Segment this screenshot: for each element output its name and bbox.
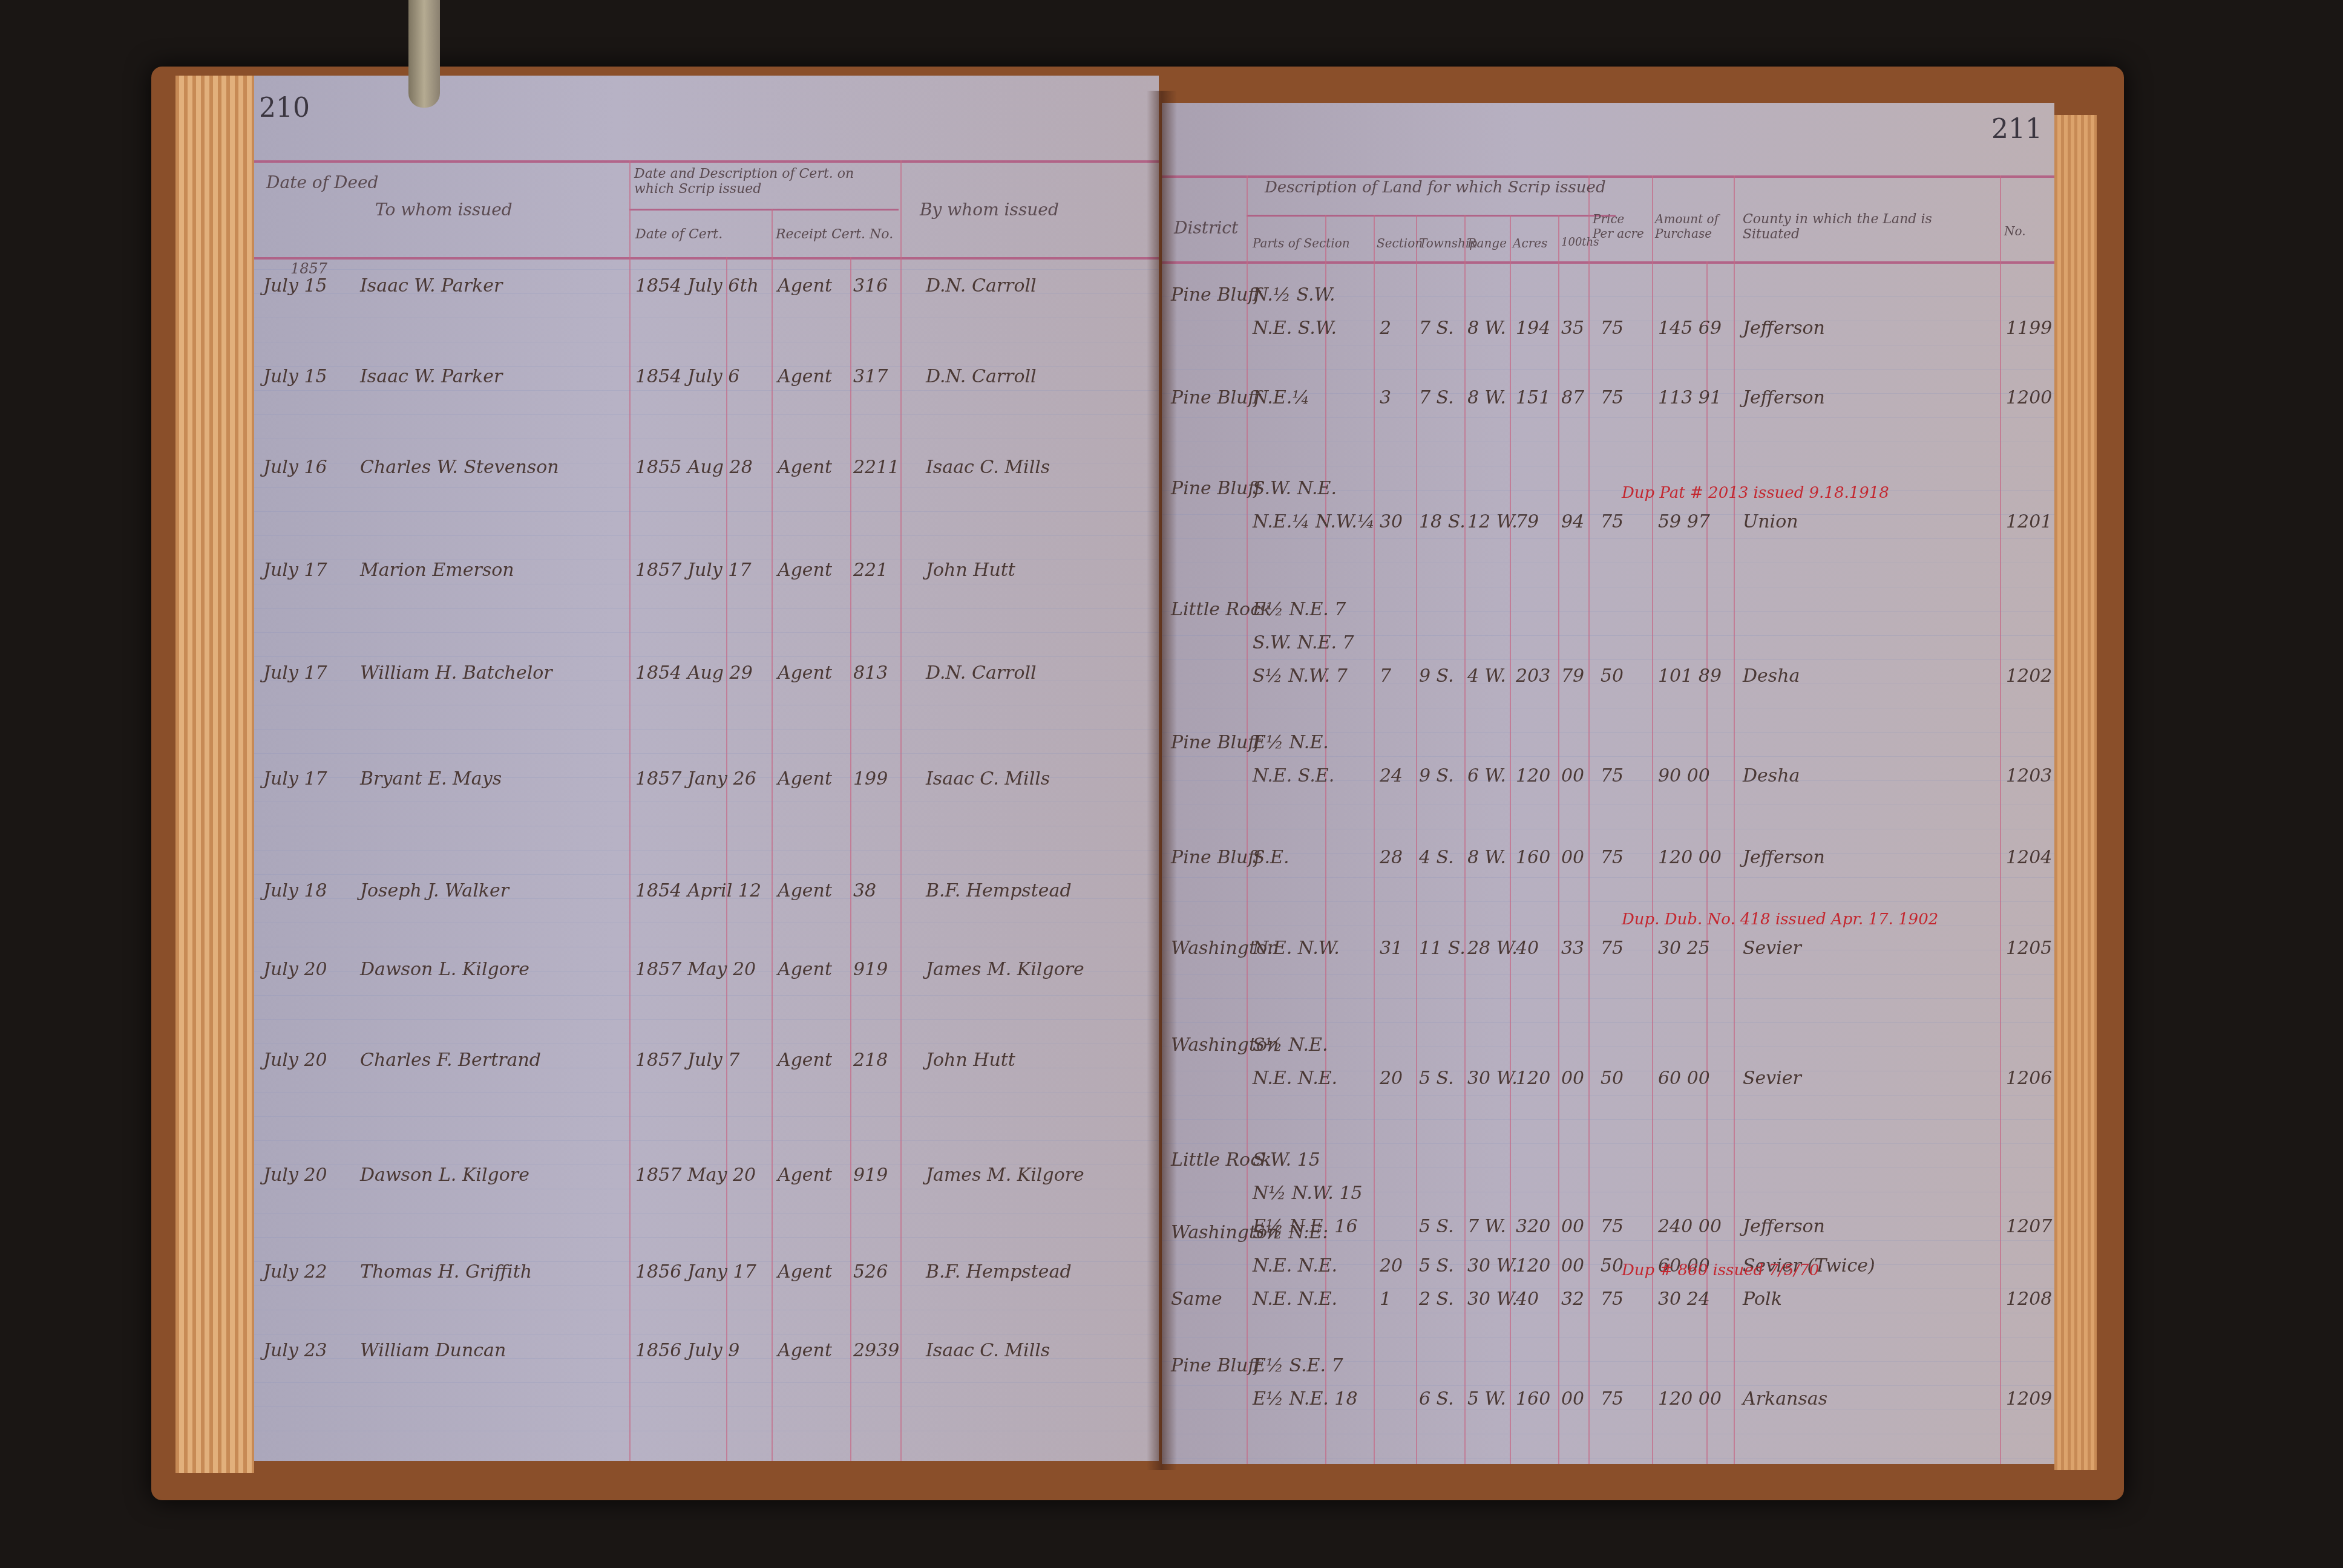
right-cell-county: Sevier [1743, 938, 1801, 959]
ruling-line [254, 1358, 1159, 1359]
ruling-line [1162, 1022, 2054, 1023]
right-cell-parts-1: N½ N.W. 15 [1253, 1183, 1363, 1204]
right-cell-section: 31 [1380, 938, 1403, 959]
right-cell-district: Pine Bluff [1171, 847, 1261, 868]
ruling-line [1162, 659, 2054, 660]
ruling-line [1162, 1289, 2054, 1289]
ruling-line [254, 535, 1159, 536]
page-number-right: 211 [1991, 114, 2042, 145]
right-cell-hundredths: 87 [1561, 387, 1584, 408]
ruling-line [1162, 780, 2054, 781]
ruling-line [254, 826, 1159, 826]
right-cell-hundredths: 00 [1561, 1255, 1584, 1276]
ruling-line [254, 705, 1159, 705]
right-cell-township: 7 S. [1419, 387, 1454, 408]
left-cell-cert-date: 1856 Jany 17 [635, 1261, 756, 1282]
ruling-line [254, 342, 1159, 342]
ruling-line [1162, 1192, 2054, 1192]
header-district: District [1174, 218, 1238, 238]
ruling-line [1162, 926, 2054, 926]
header-acres: Acres [1513, 236, 1547, 250]
ruling-line [254, 1285, 1159, 1286]
header-by-whom-issued: By whom issued [920, 200, 1059, 220]
right-cell-note: Dup Pat # 2013 issued 9.18.1918 [1622, 484, 1889, 502]
ruling-line [254, 608, 1159, 609]
ruling-line [254, 1261, 1159, 1262]
ruling-line [1162, 490, 2054, 491]
ruling-line [254, 1019, 1159, 1020]
right-cell-range: 7 W. [1467, 1216, 1506, 1237]
header-to-whom-issued: To whom issued [375, 200, 513, 220]
left-cell-date: July 16 [263, 457, 327, 478]
col-divider [772, 209, 773, 1461]
left-cell-date: July 20 [263, 1165, 327, 1186]
left-cell-date: July 15 [263, 366, 327, 387]
right-cell-parts-1: N.E. S.E. [1253, 765, 1334, 786]
header-amount-of-purchase: Amount of Purchase [1655, 212, 1731, 241]
header-parts-of-section: Parts of Section [1253, 236, 1350, 250]
right-cell-county: Desha [1743, 765, 1800, 786]
left-cell-name: Marion Emerson [360, 560, 514, 581]
ruling-line [254, 318, 1159, 318]
ruling-line [254, 753, 1159, 754]
right-cell-amount: 113 91 [1658, 387, 1722, 408]
right-cell-district: Pine Bluff [1171, 478, 1261, 499]
ruling-line [254, 1189, 1159, 1189]
header-range: Range [1467, 236, 1507, 250]
page-edges-left [175, 76, 254, 1473]
ruling-line [1162, 901, 2054, 902]
ruling-line [254, 293, 1159, 294]
right-cell-range: 8 W. [1467, 847, 1506, 868]
left-cell-cert-no: 919 [853, 1165, 888, 1186]
ruling-line [1162, 1337, 2054, 1338]
col-divider [1325, 215, 1326, 1464]
left-cell-cert-date: 1857 May 20 [635, 1165, 756, 1186]
left-cell-cert-no: 199 [853, 768, 888, 789]
header-top-rule [254, 160, 1159, 163]
right-cell-county: Arkansas [1743, 1388, 1827, 1410]
right-cell-township: 6 S. [1419, 1388, 1454, 1410]
right-cell-parts-0: S.W. N.E. [1253, 478, 1337, 499]
ruling-line [1162, 974, 2054, 975]
left-cell-by-whom: John Hutt [926, 560, 1015, 581]
ruling-line [1162, 756, 2054, 757]
book-gutter [1147, 91, 1177, 1470]
ruling-line [254, 1165, 1159, 1165]
ruling-line [1162, 805, 2054, 805]
right-cell-parts-0: S½ N.E. [1253, 1034, 1328, 1056]
ruling-line [1162, 998, 2054, 999]
left-cell-cert-type: Agent [778, 457, 832, 478]
header-bottom-rule [254, 257, 1159, 260]
left-cell-cert-date: 1854 July 6 [635, 366, 739, 387]
left-cell-cert-no: 2211 [853, 457, 899, 478]
ruling-line [254, 656, 1159, 657]
left-cell-cert-no: 317 [853, 366, 888, 387]
header-top-rule [1162, 175, 2054, 178]
ruling-line [1162, 296, 2054, 297]
right-cell-parts-0: N.E.¼ [1253, 387, 1309, 408]
ruling-line [254, 898, 1159, 899]
ruling-line [254, 681, 1159, 681]
right-cell-number: 1209 [2006, 1388, 2052, 1410]
right-cell-section: 24 [1380, 765, 1403, 786]
ruling-line [254, 1140, 1159, 1141]
ruling-line [254, 1237, 1159, 1238]
ruling-line [254, 439, 1159, 439]
left-cell-date: July 17 [263, 560, 327, 581]
header-date-of-cert: Date of Cert. [635, 227, 723, 242]
ruling-line [1162, 1168, 2054, 1168]
right-cell-range: 6 W. [1467, 765, 1506, 786]
ruling-line [1162, 611, 2054, 612]
ruling-line [1162, 369, 2054, 370]
right-cell-range: 5 W. [1467, 1388, 1506, 1410]
right-cell-number: 1204 [2006, 847, 2052, 868]
ruling-line [1162, 1385, 2054, 1386]
right-cell-section: 3 [1380, 387, 1391, 408]
left-cell-date: July 17 [263, 768, 327, 789]
left-cell-date: July 22 [263, 1261, 327, 1282]
left-cell-date: July 20 [263, 959, 327, 980]
ruling-line [254, 802, 1159, 802]
ruling-line [1162, 587, 2054, 587]
header-group-rule [629, 209, 899, 211]
left-cell-cert-no: 221 [853, 560, 888, 581]
col-divider [1510, 215, 1511, 1464]
ruling-line [1162, 1240, 2054, 1241]
ruling-line [1162, 635, 2054, 636]
right-cell-section: 1 [1380, 1289, 1391, 1310]
ruling-line [254, 1406, 1159, 1407]
right-cell-number: 1200 [2006, 387, 2052, 408]
right-cell-parts-0: N.E. N.E. [1253, 1289, 1337, 1310]
right-cell-parts-0: N.½ S.W. [1253, 284, 1335, 305]
ruling-line [1162, 708, 2054, 708]
right-cell-hundredths: 00 [1561, 847, 1584, 868]
ruling-line [254, 390, 1159, 391]
ruling-line [254, 874, 1159, 875]
ruling-line [254, 995, 1159, 996]
right-cell-range: 30 W. [1467, 1255, 1518, 1276]
right-cell-price: 75 [1601, 1289, 1624, 1310]
right-cell-parts-1: E½ N.E. 18 [1253, 1388, 1358, 1410]
ruling-line [1162, 684, 2054, 684]
right-cell-district: Same [1171, 1289, 1222, 1310]
ruling-line [254, 463, 1159, 463]
right-cell-amount: 240 00 [1658, 1216, 1722, 1237]
header-group-rule [1247, 215, 1616, 217]
ruling-line [254, 1382, 1159, 1383]
right-cell-parts-0: E½ N.E. 7 [1253, 599, 1346, 620]
right-cell-township: 11 S. [1419, 938, 1466, 959]
ruling-line [254, 947, 1159, 947]
ruling-line [254, 1431, 1159, 1431]
ruling-line [1162, 393, 2054, 394]
year-marker: 1857 [290, 260, 327, 277]
ruling-line [1162, 1313, 2054, 1313]
ruling-line [1162, 1458, 2054, 1459]
ruling-line [254, 366, 1159, 367]
ruling-line [1162, 1071, 2054, 1071]
header-receipt-cert: Receipt Cert. No. [776, 227, 893, 242]
right-cell-amount: 30 25 [1658, 938, 1710, 959]
page-edges-right [2054, 115, 2097, 1470]
right-cell-township: 2 S. [1419, 1289, 1454, 1310]
left-cell-name: Thomas H. Griffith [360, 1261, 532, 1282]
ruling-line [1162, 950, 2054, 950]
ruling-line [254, 1092, 1159, 1093]
right-cell-range: 8 W. [1467, 387, 1506, 408]
right-cell-section: 20 [1380, 1255, 1403, 1276]
right-cell-county: Jefferson [1743, 1216, 1825, 1237]
left-cell-cert-no: 919 [853, 959, 888, 980]
right-cell-price: 75 [1601, 847, 1624, 868]
ruling-line [254, 269, 1159, 270]
left-cell-name: Charles W. Stevenson [360, 457, 559, 478]
right-cell-amount: 90 00 [1658, 765, 1710, 786]
col-divider [850, 257, 851, 1461]
left-cell-name: Dawson L. Kilgore [360, 959, 529, 980]
header-date-of-deed: Date of Deed [266, 172, 379, 192]
ruling-line [1162, 1143, 2054, 1144]
col-divider [1464, 215, 1466, 1464]
ruling-line [254, 850, 1159, 851]
left-cell-cert-type: Agent [778, 560, 832, 581]
ruling-line [254, 729, 1159, 730]
ruling-line [1162, 1216, 2054, 1217]
ruling-line [254, 923, 1159, 923]
right-cell-number: 1207 [2006, 1216, 2052, 1237]
ruling-line [254, 414, 1159, 415]
ruling-line [1162, 1095, 2054, 1096]
col-divider [629, 160, 631, 1461]
right-cell-price: 75 [1601, 387, 1624, 408]
ruling-line [1162, 514, 2054, 515]
ruling-line [1162, 1361, 2054, 1362]
ruling-line [1162, 563, 2054, 563]
right-cell-district: Pine Bluff [1171, 1355, 1261, 1376]
right-cell-township: 9 S. [1419, 765, 1454, 786]
left-cell-by-whom: D.N. Carroll [926, 366, 1037, 387]
ruling-line [254, 1068, 1159, 1068]
ruling-line [1162, 853, 2054, 854]
right-cell-acres: 120 [1516, 765, 1550, 786]
right-cell-acres: 40 [1516, 1289, 1539, 1310]
ruling-line [254, 1213, 1159, 1214]
ruling-line [254, 560, 1159, 560]
left-cell-by-whom: Isaac C. Mills [926, 768, 1050, 789]
right-cell-hundredths: 33 [1561, 938, 1584, 959]
right-cell-price: 75 [1601, 1388, 1624, 1410]
right-cell-amount: 30 24 [1658, 1289, 1710, 1310]
ruling-line [1162, 1410, 2054, 1410]
ruling-line [1162, 829, 2054, 829]
col-divider [1558, 215, 1559, 1464]
right-cell-acres: 320 [1516, 1216, 1550, 1237]
right-cell-county: Jefferson [1743, 847, 1825, 868]
right-cell-parts-0: E½ S.E. 7 [1253, 1355, 1343, 1376]
left-cell-cert-type: Agent [778, 1165, 832, 1186]
col-divider [900, 160, 902, 1461]
ruling-line [1162, 1434, 2054, 1434]
metal-bookmark-clip [408, 0, 440, 108]
ruling-line [254, 511, 1159, 512]
left-cell-cert-date: 1857 July 17 [635, 560, 751, 581]
ruling-line [1162, 466, 2054, 466]
left-cell-name: Dawson L. Kilgore [360, 1165, 529, 1186]
right-cell-acres: 120 [1516, 1255, 1550, 1276]
ruling-line [1162, 417, 2054, 418]
left-cell-name: Isaac W. Parker [360, 366, 502, 387]
right-cell-parts-1: N.E. N.E. [1253, 1255, 1337, 1276]
ruling-line [254, 584, 1159, 584]
ruling-line [254, 1116, 1159, 1117]
left-cell-name: Bryant E. Mays [360, 768, 502, 789]
right-cell-price: 75 [1601, 1216, 1624, 1237]
ruling-line [1162, 538, 2054, 539]
ruling-line [254, 487, 1159, 488]
right-cell-price: 50 [1601, 1255, 1624, 1276]
right-cell-price: 75 [1601, 938, 1624, 959]
right-cell-price: 75 [1601, 765, 1624, 786]
left-cell-by-whom: Isaac C. Mills [926, 457, 1050, 478]
ruling-line [254, 632, 1159, 633]
header-county: County in which the Land is Situated [1743, 212, 1991, 242]
left-cell-by-whom: James M. Kilgore [926, 959, 1084, 980]
ruling-line [1162, 1047, 2054, 1047]
right-cell-township: 5 S. [1419, 1255, 1454, 1276]
left-cell-cert-date: 1857 Jany 26 [635, 768, 756, 789]
right-cell-district: Pine Bluff [1171, 732, 1261, 753]
ruling-line [1162, 877, 2054, 878]
left-cell-by-whom: James M. Kilgore [926, 1165, 1084, 1186]
right-cell-hundredths: 32 [1561, 1289, 1584, 1310]
left-cell-cert-date: 1855 Aug 28 [635, 457, 753, 478]
right-cell-hundredths: 00 [1561, 1216, 1584, 1237]
left-cell-cert-type: Agent [778, 768, 832, 789]
right-cell-acres: 160 [1516, 847, 1550, 868]
header-number: No. [2004, 224, 2026, 238]
ruling-line [254, 777, 1159, 778]
right-cell-amount: 120 00 [1658, 847, 1722, 868]
right-page: 211 District Description of Land for whi… [1162, 103, 2054, 1464]
left-page: 210 Date of Deed To whom issued Date and… [254, 76, 1159, 1461]
header-bottom-rule [1162, 261, 2054, 264]
right-cell-parts-0: E½ N.E. [1253, 732, 1329, 753]
right-cell-county: Jefferson [1743, 387, 1825, 408]
right-cell-range: 30 W. [1467, 1289, 1518, 1310]
right-cell-section: 28 [1380, 847, 1403, 868]
right-cell-county: Polk [1743, 1289, 1782, 1310]
header-section: Section [1377, 236, 1423, 250]
right-cell-district: Pine Bluff [1171, 284, 1261, 305]
right-cell-acres: 160 [1516, 1388, 1550, 1410]
ruling-line [254, 971, 1159, 972]
ruling-line [1162, 732, 2054, 733]
ruling-line [254, 1310, 1159, 1310]
right-cell-acres: 151 [1516, 387, 1550, 408]
page-number-left: 210 [259, 93, 310, 123]
ruling-line [1162, 1264, 2054, 1265]
right-cell-acres: 40 [1516, 938, 1539, 959]
right-cell-parts-0: N.E. N.W. [1253, 938, 1340, 959]
right-cell-number: 1208 [2006, 1289, 2052, 1310]
ruling-line [1162, 345, 2054, 345]
ruling-line [1162, 1119, 2054, 1120]
ruling-line [254, 1334, 1159, 1334]
header-description-of-land: Description of Land for which Scrip issu… [1265, 178, 1606, 197]
ruling-line [254, 1044, 1159, 1044]
left-cell-cert-type: Agent [778, 366, 832, 387]
header-price-per-acre: Price Per acre [1593, 212, 1647, 241]
right-cell-hundredths: 00 [1561, 765, 1584, 786]
left-cell-by-whom: B.F. Hempstead [926, 1261, 1072, 1282]
ruling-line [1162, 442, 2054, 442]
left-cell-cert-type: Agent [778, 1261, 832, 1282]
right-cell-district: Pine Bluff [1171, 387, 1261, 408]
right-cell-amount: 120 00 [1658, 1388, 1722, 1410]
left-cell-cert-no: 526 [853, 1261, 888, 1282]
right-cell-hundredths: 00 [1561, 1388, 1584, 1410]
header-date-description: Date and Description of Cert. on which S… [634, 166, 894, 197]
right-cell-range: 28 W. [1467, 938, 1518, 959]
col-divider [1374, 215, 1375, 1464]
right-cell-number: 1205 [2006, 938, 2052, 959]
ruling-line [1162, 321, 2054, 321]
right-cell-number: 1203 [2006, 765, 2052, 786]
right-cell-parts-0: S.E. [1253, 847, 1289, 868]
right-cell-township: 5 S. [1419, 1216, 1454, 1237]
left-cell-cert-type: Agent [778, 959, 832, 980]
left-cell-cert-date: 1857 May 20 [635, 959, 756, 980]
right-cell-township: 4 S. [1419, 847, 1454, 868]
col-divider [1416, 215, 1417, 1464]
